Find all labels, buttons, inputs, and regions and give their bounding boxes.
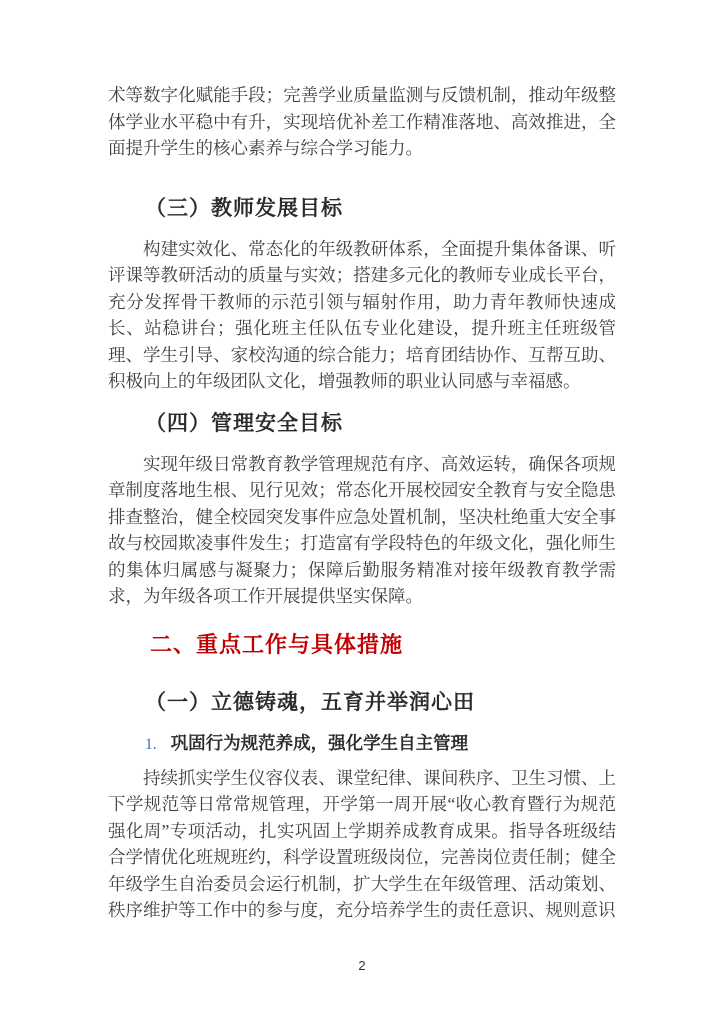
document-page: 术等数字化赋能手段；完善学业质量监测与反馈机制，推动年级整体学业水平稳中有升，实… xyxy=(0,0,724,1024)
numbered-item-1: 1.巩固行为规范养成，强化学生自主管理 xyxy=(145,730,616,758)
item-1-title: 巩固行为规范养成，强化学生自主管理 xyxy=(171,733,469,753)
paragraph-item-1: 持续抓实学生仪容仪表、课堂纪律、课间秩序、卫生习惯、上下学规范等日常常规管理，开… xyxy=(108,765,616,924)
heading-section-4-management-safety: （四）管理安全目标 xyxy=(145,409,616,438)
paragraph-continuation: 术等数字化赋能手段；完善学业质量监测与反馈机制，推动年级整体学业水平稳中有升，实… xyxy=(108,82,616,162)
paragraph-section-4: 实现年级日常教育教学管理规范有序、高效运转，确保各项规章制度落地生根、见行见效；… xyxy=(108,451,616,610)
paragraph-section-3: 构建实效化、常态化的年级教研体系，全面提升集体备课、听评课等教研活动的质量与实效… xyxy=(108,236,616,395)
page-number: 2 xyxy=(0,958,724,973)
item-1-number: 1. xyxy=(145,736,157,753)
heading-section-3-teacher-development: （三）教师发展目标 xyxy=(145,194,616,223)
heading-subsection-1-moral-education: （一）立德铸魂，五育并举润心田 xyxy=(145,688,616,717)
heading-part-2-key-work: 二、重点工作与具体措施 xyxy=(150,630,616,660)
